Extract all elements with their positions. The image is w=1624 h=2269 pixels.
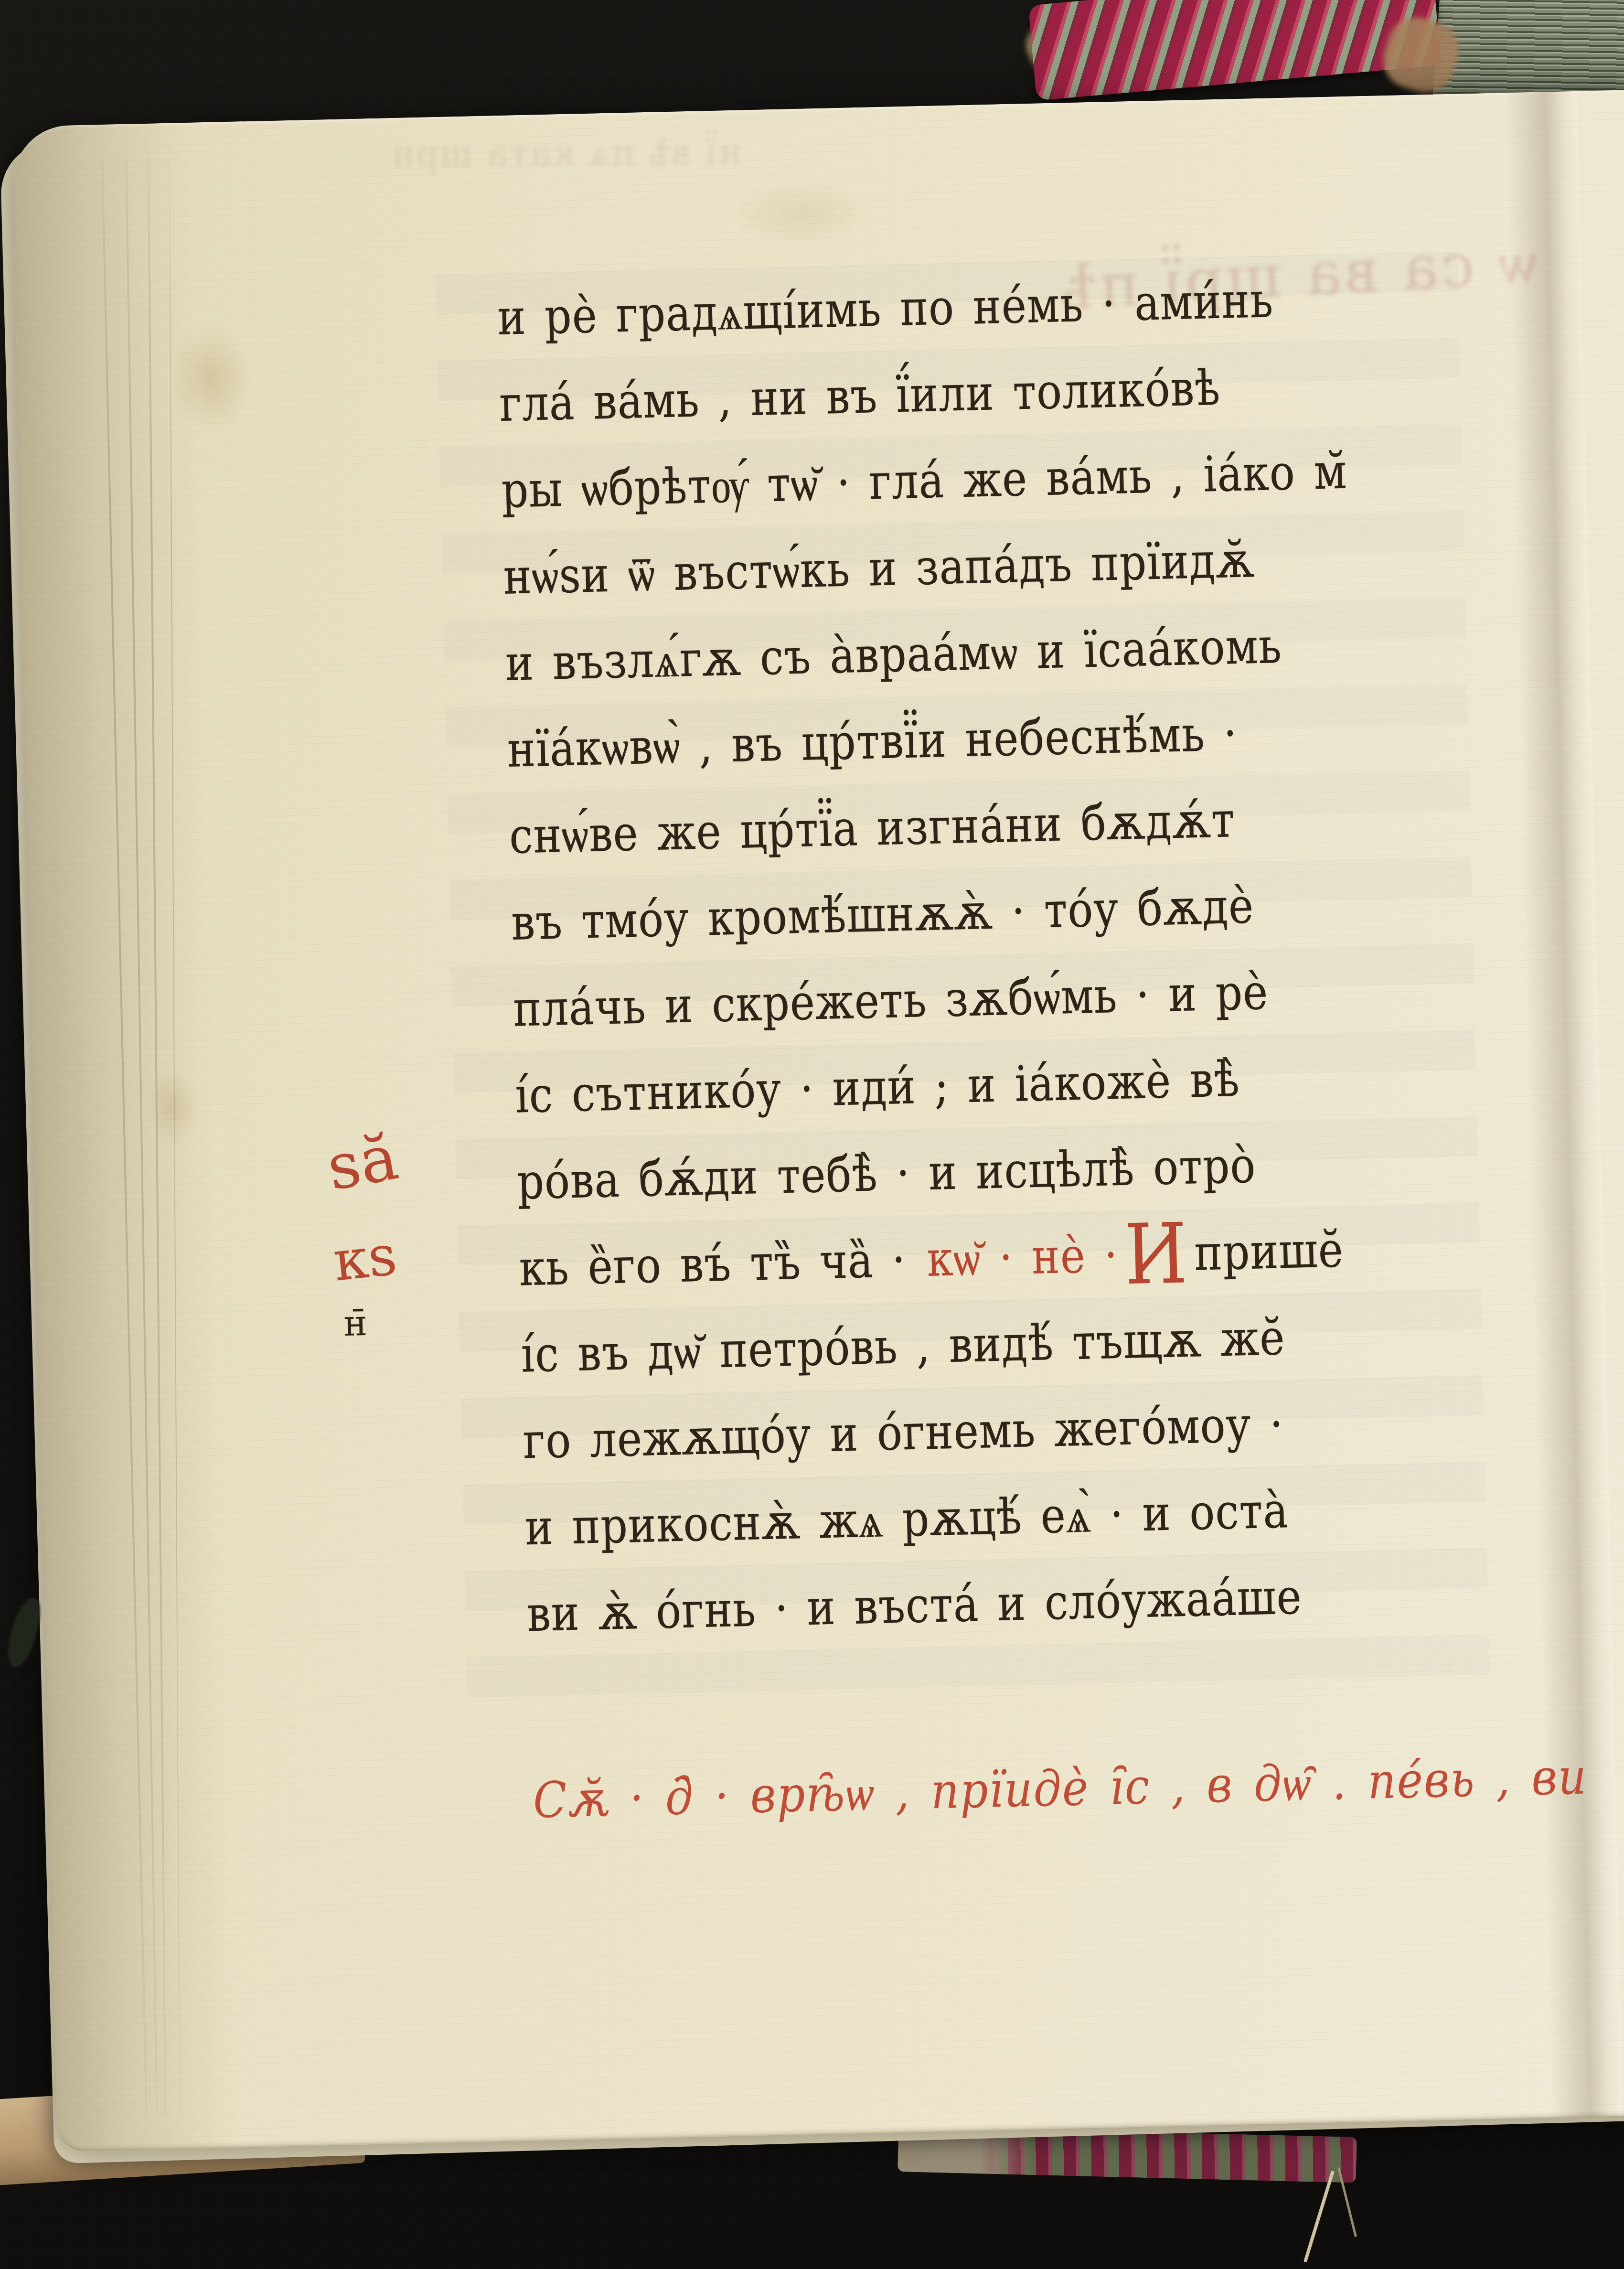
text-segment: кь е̏го въ́ тъ̏ ча̏ · bbox=[518, 1231, 906, 1297]
margin-quire-mark: н̄ bbox=[343, 1303, 367, 1344]
manuscript-photo: нї̈ вѣ пѧ ката шрн ѡ са ва щрї̈ пѣ и рѐ … bbox=[0, 0, 1624, 2269]
text-segment: пришӗ bbox=[1194, 1221, 1344, 1282]
lection-end-mark: кѡ̆ · нѐ · bbox=[926, 1226, 1119, 1288]
bottom-rubric-line: Сѫ̆ · д̑ · врѣ̑ѡ , прїидѐ і̑с , в дѡ̑ . … bbox=[533, 1748, 1588, 1829]
headband-top bbox=[1028, 0, 1441, 101]
page-recto: нї̈ вѣ пѧ ката шрн ѡ са ва щрї̈ пѣ и рѐ … bbox=[11, 90, 1624, 2151]
rubric-initial-letter: И bbox=[1123, 1206, 1188, 1304]
gutter-shading bbox=[11, 122, 277, 2151]
ink-blot bbox=[3, 1595, 45, 1670]
margin-zachalo-label: ѕӑ bbox=[321, 1120, 404, 1205]
margin-zachalo-number: кѕ bbox=[330, 1223, 400, 1294]
paper-stain bbox=[729, 179, 874, 249]
fore-edge-fold-shadow bbox=[1506, 91, 1623, 2118]
endband-thread bbox=[1303, 2170, 1335, 2262]
showthrough-text: нї̈ вѣ пѧ ката шрн bbox=[390, 132, 742, 175]
